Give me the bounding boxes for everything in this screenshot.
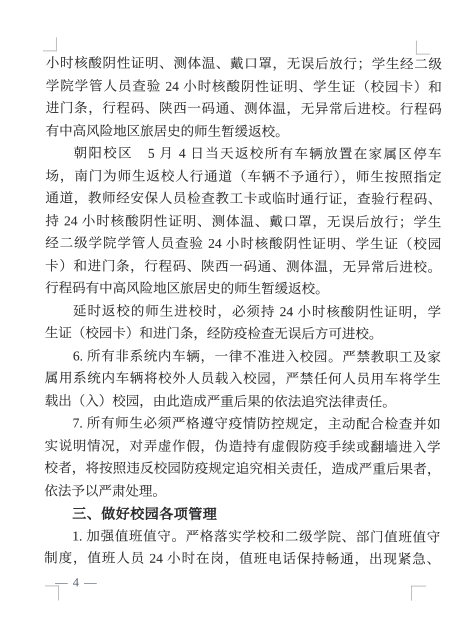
text-line: 行程码有中高风险地区旅居史的师生暂缓返校。 bbox=[45, 277, 441, 301]
text-line: 学院学管人员查验 24 小时核酸阴性证明、学生证（校园卡）和 bbox=[46, 75, 442, 99]
text-line: 6. 所有非系统内车辆，一律不准进入校园。严禁教职工及家 bbox=[45, 345, 441, 369]
text-line: 卡）和进门条，行程码、陕西一码通、测体温，无异常后进校。 bbox=[45, 255, 441, 279]
document-page: 小时核酸阴性证明、测体温、戴口罩，无误后放行；学生经二级学院学管人员查验 24 … bbox=[0, 0, 472, 639]
text-line: 经二级学院学管人员查验 24 小时核酸阴性证明、学生证（校园 bbox=[45, 232, 441, 256]
crop-mark-top-right bbox=[416, 41, 430, 55]
text-line: 依法予以严肃处理。 bbox=[44, 480, 440, 504]
text-line: 进门条，行程码、陕西一码通、测体温，无异常后进校。行程码 bbox=[46, 97, 442, 121]
text-line: 场，南门为师生返校人行通道（车辆不予通行），师生按照指定 bbox=[45, 165, 441, 189]
document-text: 小时核酸阴性证明、测体温、戴口罩，无误后放行；学生经二级学院学管人员查验 24 … bbox=[44, 52, 442, 571]
text-line: 小时核酸阴性证明、测体温、戴口罩，无误后放行；学生经二级 bbox=[46, 52, 442, 76]
crop-mark-bottom-right bbox=[411, 586, 426, 601]
text-line: 属用系统内车辆将校外人员载入校园，严禁任何人员用车将学生 bbox=[45, 367, 441, 391]
text-line: 7. 所有师生必须严格遵守疫情防控规定，主动配合检查并如 bbox=[45, 412, 441, 436]
text-line: 1. 加强值班值守。严格落实学校和二级学院、部门值班值守 bbox=[44, 525, 440, 549]
text-line: 延时返校的师生进校时，必须持 24 小时核酸阴性证明，学 bbox=[45, 300, 441, 324]
text-line: 朝阳校区 5 月 4 日当天返校所有车辆放置在家属区停车 bbox=[46, 142, 442, 166]
text-line: 通道，教师经安保人员检查教工卡或临时通行证，查验行程码、 bbox=[45, 187, 441, 211]
section-heading: 三、做好校园各项管理 bbox=[44, 502, 440, 526]
text-line: 制度，值班人员 24 小时在岗，值班电话保持畅通，出现紧急、 bbox=[44, 547, 440, 571]
page-number: — 4 — bbox=[55, 575, 98, 590]
text-line: 持 24 小时核酸阴性证明、测体温、戴口罩，无误后放行；学生 bbox=[45, 210, 441, 234]
text-line: 载出（入）校园，由此造成严重后果的依法追究法律责任。 bbox=[45, 390, 441, 414]
text-line: 生证（校园卡）和进门条，经防疫检查无误后方可进校。 bbox=[45, 322, 441, 346]
crop-mark-top-left bbox=[43, 37, 57, 51]
text-line: 有中高风险地区旅居史的师生暂缓返校。 bbox=[46, 120, 442, 144]
text-line: 实说明情况，对弄虚作假，伪造持有虚假防疫手续或翻墙进入学 bbox=[45, 435, 441, 459]
text-line: 校者，将按照违反校园防疫规定追究相关责任，造成严重后果者， bbox=[44, 457, 440, 481]
